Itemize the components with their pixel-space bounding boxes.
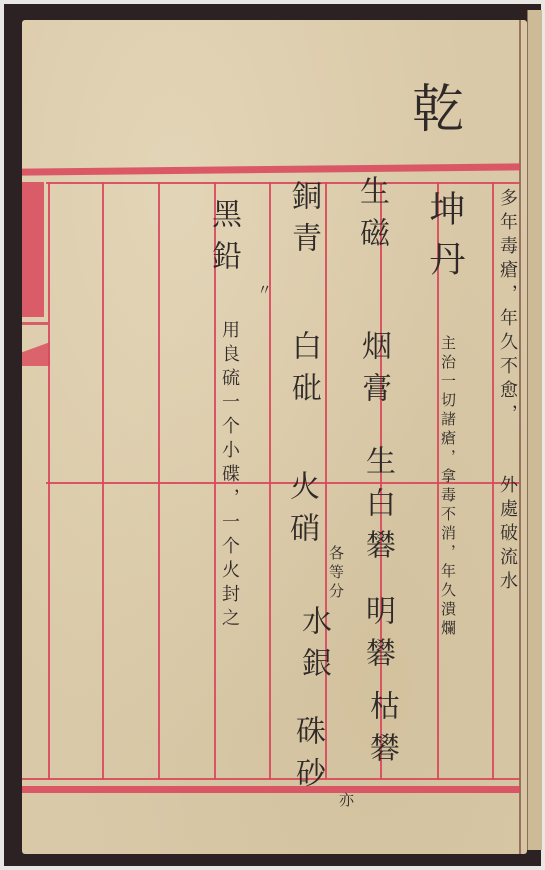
gutter-line (519, 20, 521, 854)
title-character: 乾 (412, 84, 464, 136)
bottom-thin-rule (22, 778, 520, 780)
preparation-instruction: 用良硫一个小碟，一个火封之 (220, 320, 238, 632)
dosage-note: 各等分 (328, 545, 343, 602)
ditto-mark: 〃 (256, 282, 271, 301)
column-line (102, 182, 104, 780)
ingredient-text: 白砒 (288, 330, 318, 414)
margin-note-upper: 多年毒瘡，年久不愈， (498, 188, 516, 428)
ingredient-text: 水銀 (298, 605, 328, 689)
column-line (325, 182, 327, 780)
fishtail-bar (22, 322, 48, 325)
column-line (48, 182, 50, 780)
margin-note-lower: 外處破流水 (498, 475, 516, 595)
column-line (158, 182, 160, 780)
ingredient-text: 生磁 (356, 175, 386, 259)
ingredient-text: 銅青 (288, 180, 318, 264)
continuation-mark: 亦 (338, 792, 353, 811)
ingredient-text: 明礬 (362, 595, 392, 679)
column-line (269, 182, 271, 780)
recipe-indication: 主治一切諸瘡，拿毒不消，年久潰爛 (440, 335, 455, 639)
top-thin-rule (46, 182, 520, 184)
ingredient-text: 硃砂 (292, 715, 322, 799)
ingredient-text: 烟膏 (358, 330, 388, 414)
column-line (492, 182, 494, 780)
ingredient-text: 枯礬 (366, 690, 396, 774)
fishtail-block (22, 182, 44, 317)
ingredient-text: 生白礬 (362, 445, 392, 571)
fishtail-chevron (22, 336, 50, 366)
recipe-name: 坤丹 (426, 190, 462, 290)
bottom-thick-rule (22, 786, 520, 793)
ingredient-text: 火硝 (286, 470, 316, 554)
ingredient-text: 黑鉛 (208, 198, 238, 282)
next-page-edge (527, 10, 542, 850)
